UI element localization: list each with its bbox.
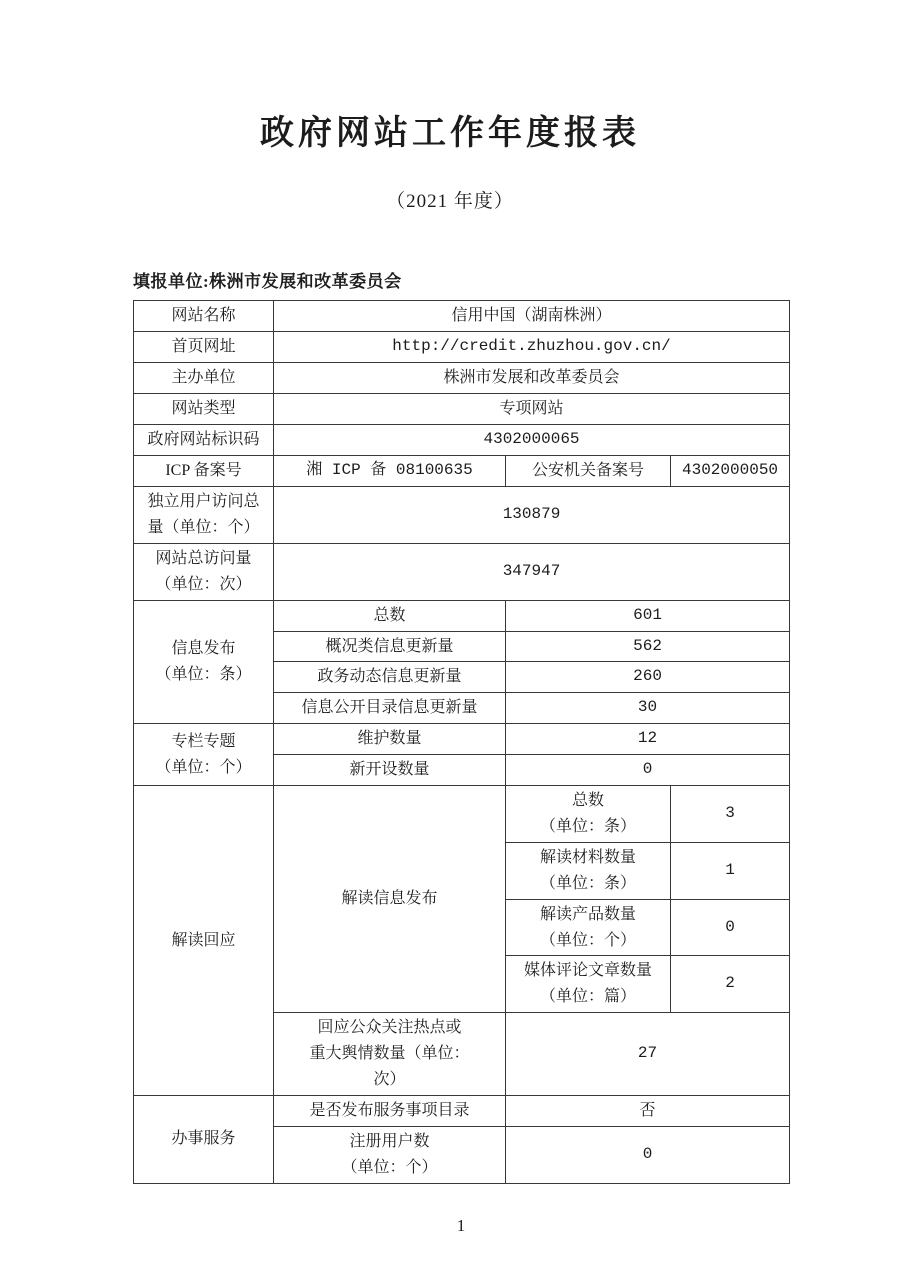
table-row: 网站总访问量 （单位：次） 347947 — [134, 543, 790, 600]
interpretation-total-label: 总数 （单位：条） — [506, 786, 671, 843]
table-row: 解读回应 解读信息发布 总数 （单位：条） 3 — [134, 786, 790, 843]
info-publish-directory-value: 30 — [506, 693, 790, 724]
site-type-label: 网站类型 — [134, 393, 274, 424]
report-year-subtitle: （2021 年度） — [0, 154, 900, 213]
site-name-value: 信用中国（湖南株洲） — [274, 300, 790, 331]
info-publish-overview-value: 562 — [506, 631, 790, 662]
table-row: ICP 备案号 湘 ICP 备 08100635 公安机关备案号 4302000… — [134, 455, 790, 486]
page-title: 政府网站工作年度报表 — [0, 0, 900, 154]
interpretation-media-value: 2 — [671, 956, 790, 1013]
public-response-label: 回应公众关注热点或 重大舆情数量（单位： 次） — [274, 1013, 506, 1096]
total-visits-label: 网站总访问量 （单位：次） — [134, 543, 274, 600]
interpretation-material-value: 1 — [671, 842, 790, 899]
site-code-value: 4302000065 — [274, 424, 790, 455]
special-columns-maintained-label: 维护数量 — [274, 724, 506, 755]
interpretation-media-label: 媒体评论文章数量 （单位：篇） — [506, 956, 671, 1013]
public-response-value: 27 — [506, 1013, 790, 1096]
services-directory-label: 是否发布服务事项目录 — [274, 1096, 506, 1127]
info-publish-directory-label: 信息公开目录信息更新量 — [274, 693, 506, 724]
interpretation-material-label: 解读材料数量 （单位：条） — [506, 842, 671, 899]
interpretation-product-value: 0 — [671, 899, 790, 956]
table-row: 首页网址 http://credit.zhuzhou.gov.cn/ — [134, 331, 790, 362]
table-row: 专栏专题 （单位：个） 维护数量 12 — [134, 724, 790, 755]
info-publish-dynamics-value: 260 — [506, 662, 790, 693]
annual-report-table: 网站名称 信用中国（湖南株洲） 首页网址 http://credit.zhuzh… — [133, 300, 790, 1184]
services-registered-users-label: 注册用户数 （单位：个） — [274, 1126, 506, 1183]
table-row: 办事服务 是否发布服务事项目录 否 — [134, 1096, 790, 1127]
info-publish-section-label: 信息发布 （单位：条） — [134, 600, 274, 724]
special-columns-maintained-value: 12 — [506, 724, 790, 755]
icp-value: 湘 ICP 备 08100635 — [274, 455, 506, 486]
info-publish-total-label: 总数 — [274, 600, 506, 631]
table-row: 主办单位 株洲市发展和改革委员会 — [134, 362, 790, 393]
home-url-value: http://credit.zhuzhou.gov.cn/ — [274, 331, 790, 362]
site-name-label: 网站名称 — [134, 300, 274, 331]
special-columns-section-label: 专栏专题 （单位：个） — [134, 724, 274, 786]
table-row: 独立用户访问总 量（单位：个） 130879 — [134, 486, 790, 543]
info-publish-overview-label: 概况类信息更新量 — [274, 631, 506, 662]
site-type-value: 专项网站 — [274, 393, 790, 424]
icp-label: ICP 备案号 — [134, 455, 274, 486]
total-visits-value: 347947 — [274, 543, 790, 600]
page-number: 1 — [133, 1184, 789, 1236]
services-directory-value: 否 — [506, 1096, 790, 1127]
table-row: 信息发布 （单位：条） 总数 601 — [134, 600, 790, 631]
unique-visitors-value: 130879 — [274, 486, 790, 543]
services-section-label: 办事服务 — [134, 1096, 274, 1184]
table-row: 网站类型 专项网站 — [134, 393, 790, 424]
police-record-label: 公安机关备案号 — [506, 455, 671, 486]
special-columns-new-value: 0 — [506, 755, 790, 786]
sponsor-value: 株洲市发展和改革委员会 — [274, 362, 790, 393]
interpretation-product-label: 解读产品数量 （单位：个） — [506, 899, 671, 956]
services-registered-users-value: 0 — [506, 1126, 790, 1183]
interpretation-publish-label: 解读信息发布 — [274, 786, 506, 1013]
police-record-value: 4302000050 — [671, 455, 790, 486]
home-url-label: 首页网址 — [134, 331, 274, 362]
reporting-unit-line: 填报单位:株洲市发展和改革委员会 — [0, 213, 900, 300]
info-publish-total-value: 601 — [506, 600, 790, 631]
interpretation-total-value: 3 — [671, 786, 790, 843]
info-publish-dynamics-label: 政务动态信息更新量 — [274, 662, 506, 693]
table-row: 网站名称 信用中国（湖南株洲） — [134, 300, 790, 331]
unique-visitors-label: 独立用户访问总 量（单位：个） — [134, 486, 274, 543]
table-row: 政府网站标识码 4302000065 — [134, 424, 790, 455]
interpretation-section-label: 解读回应 — [134, 786, 274, 1096]
sponsor-label: 主办单位 — [134, 362, 274, 393]
site-code-label: 政府网站标识码 — [134, 424, 274, 455]
special-columns-new-label: 新开设数量 — [274, 755, 506, 786]
